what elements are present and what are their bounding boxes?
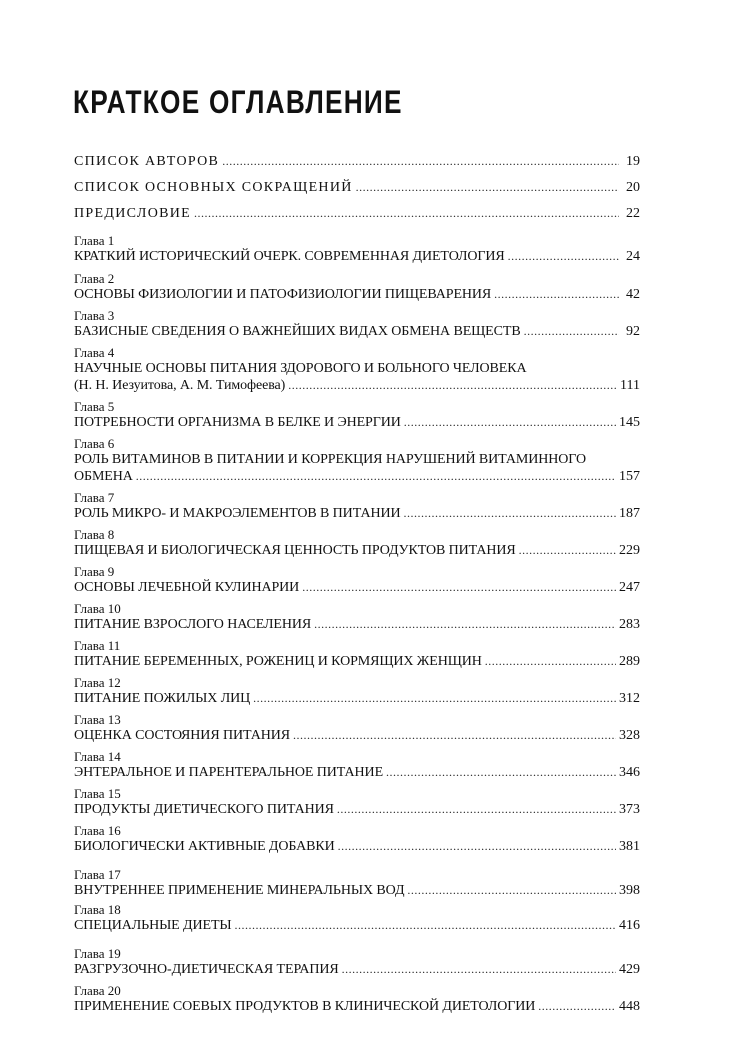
toc-page-number: 328 bbox=[619, 727, 640, 744]
toc-page-number: 187 bbox=[619, 505, 640, 522]
chapter-label: Глава 6 bbox=[74, 437, 640, 451]
toc-chapter-entry[interactable]: Глава 7РОЛЬ МИКРО- И МАКРОЭЛЕМЕНТОВ В ПИ… bbox=[74, 491, 640, 522]
toc-page-number: 24 bbox=[622, 248, 640, 265]
toc-chapter-entry[interactable]: Глава 16БИОЛОГИЧЕСКИ АКТИВНЫЕ ДОБАВКИ381 bbox=[74, 824, 640, 855]
chapter-title: ОЦЕНКА СОСТОЯНИЯ ПИТАНИЯ bbox=[74, 727, 290, 744]
dot-leader bbox=[538, 998, 616, 1015]
toc-page-number: 111 bbox=[620, 377, 640, 394]
toc-page-number: 42 bbox=[622, 286, 640, 303]
chapter-label: Глава 11 bbox=[74, 639, 640, 653]
toc-page-number: 381 bbox=[619, 838, 640, 855]
chapter-title: (Н. Н. Иезуитова, А. М. Тимофеева) bbox=[74, 377, 285, 394]
toc-page-number: 20 bbox=[622, 180, 640, 196]
dot-leader bbox=[485, 653, 616, 670]
chapter-title: БАЗИСНЫЕ СВЕДЕНИЯ О ВАЖНЕЙШИХ ВИДАХ ОБМЕ… bbox=[74, 323, 521, 340]
chapter-label: Глава 13 bbox=[74, 713, 640, 727]
chapter-label: Глава 12 bbox=[74, 676, 640, 690]
toc-chapter-entry[interactable]: Глава 3БАЗИСНЫЕ СВЕДЕНИЯ О ВАЖНЕЙШИХ ВИД… bbox=[74, 309, 640, 340]
toc-chapter-entry[interactable]: Глава 9ОСНОВЫ ЛЕЧЕБНОЙ КУЛИНАРИИ247 bbox=[74, 565, 640, 596]
chapter-label: Глава 1 bbox=[74, 234, 640, 248]
chapter-title: ОБМЕНА bbox=[74, 468, 133, 485]
toc-page-number: 373 bbox=[619, 801, 640, 818]
chapter-label: Глава 10 bbox=[74, 602, 640, 616]
dot-leader bbox=[235, 917, 616, 934]
chapter-title: ОСНОВЫ ЛЕЧЕБНОЙ КУЛИНАРИИ bbox=[74, 579, 299, 596]
page-title: КРАТКОЕ ОГЛАВЛЕНИЕ bbox=[73, 84, 403, 121]
toc-page-number: 247 bbox=[619, 579, 640, 596]
toc-entry-title: ПРЕДИСЛОВИЕ bbox=[74, 206, 191, 222]
dot-leader bbox=[338, 838, 616, 855]
chapter-title-line: НАУЧНЫЕ ОСНОВЫ ПИТАНИЯ ЗДОРОВОГО И БОЛЬН… bbox=[74, 360, 640, 377]
toc-entry-title: СПИСОК АВТОРОВ bbox=[74, 154, 219, 170]
toc-page-number: 289 bbox=[619, 653, 640, 670]
dot-leader bbox=[194, 206, 619, 221]
dot-leader bbox=[136, 468, 616, 485]
dot-leader bbox=[288, 377, 617, 394]
chapter-label: Глава 20 bbox=[74, 984, 640, 998]
chapter-label: Глава 9 bbox=[74, 565, 640, 579]
chapter-title: РАЗГРУЗОЧНО-ДИЕТИЧЕСКАЯ ТЕРАПИЯ bbox=[74, 961, 339, 978]
chapter-title: КРАТКИЙ ИСТОРИЧЕСКИЙ ОЧЕРК. СОВРЕМЕННАЯ … bbox=[74, 248, 505, 265]
chapter-label: Глава 17 bbox=[74, 868, 640, 882]
chapter-title: ПОТРЕБНОСТИ ОРГАНИЗМА В БЕЛКЕ И ЭНЕРГИИ bbox=[74, 414, 401, 431]
toc-page-number: 283 bbox=[619, 616, 640, 633]
toc-chapter-entry[interactable]: Глава 6РОЛЬ ВИТАМИНОВ В ПИТАНИИ И КОРРЕК… bbox=[74, 437, 640, 485]
chapter-title: ПРОДУКТЫ ДИЕТИЧЕСКОГО ПИТАНИЯ bbox=[74, 801, 334, 818]
toc-page-number: 92 bbox=[622, 323, 640, 340]
chapter-title: ПИТАНИЕ ВЗРОСЛОГО НАСЕЛЕНИЯ bbox=[74, 616, 311, 633]
toc-page-number: 19 bbox=[622, 154, 640, 170]
dot-leader bbox=[342, 961, 616, 978]
dot-leader bbox=[302, 579, 616, 596]
dot-leader bbox=[314, 616, 616, 633]
chapter-label: Глава 18 bbox=[74, 903, 640, 917]
chapter-title: СПЕЦИАЛЬНЫЕ ДИЕТЫ bbox=[74, 917, 232, 934]
dot-leader bbox=[519, 542, 616, 559]
toc-chapter-entry[interactable]: Глава 8ПИЩЕВАЯ И БИОЛОГИЧЕСКАЯ ЦЕННОСТЬ … bbox=[74, 528, 640, 559]
toc-entry[interactable]: СПИСОК АВТОРОВ19 bbox=[74, 154, 640, 180]
toc-page-number: 145 bbox=[619, 414, 640, 431]
chapter-title: ВНУТРЕННЕЕ ПРИМЕНЕНИЕ МИНЕРАЛЬНЫХ ВОД bbox=[74, 882, 404, 899]
table-of-contents: СПИСОК АВТОРОВ19СПИСОК ОСНОВНЫХ СОКРАЩЕН… bbox=[74, 154, 640, 1015]
toc-chapter-entry[interactable]: Глава 1КРАТКИЙ ИСТОРИЧЕСКИЙ ОЧЕРК. СОВРЕ… bbox=[74, 234, 640, 265]
toc-page-number: 229 bbox=[619, 542, 640, 559]
toc-chapter-entry[interactable]: Глава 10ПИТАНИЕ ВЗРОСЛОГО НАСЕЛЕНИЯ283 bbox=[74, 602, 640, 633]
toc-chapter-entry[interactable]: Глава 12ПИТАНИЕ ПОЖИЛЫХ ЛИЦ312 bbox=[74, 676, 640, 707]
front-matter-list: СПИСОК АВТОРОВ19СПИСОК ОСНОВНЫХ СОКРАЩЕН… bbox=[74, 154, 640, 232]
dot-leader bbox=[356, 180, 619, 195]
toc-page-number: 346 bbox=[619, 764, 640, 781]
chapter-label: Глава 19 bbox=[74, 947, 640, 961]
chapter-label: Глава 16 bbox=[74, 824, 640, 838]
toc-chapter-entry[interactable]: Глава 15ПРОДУКТЫ ДИЕТИЧЕСКОГО ПИТАНИЯ373 bbox=[74, 787, 640, 818]
toc-entry[interactable]: СПИСОК ОСНОВНЫХ СОКРАЩЕНИЙ20 bbox=[74, 180, 640, 206]
toc-chapter-entry[interactable]: Глава 5ПОТРЕБНОСТИ ОРГАНИЗМА В БЕЛКЕ И Э… bbox=[74, 400, 640, 431]
chapter-title: РОЛЬ МИКРО- И МАКРОЭЛЕМЕНТОВ В ПИТАНИИ bbox=[74, 505, 401, 522]
chapter-title: ПИТАНИЕ БЕРЕМЕННЫХ, РОЖЕНИЦ И КОРМЯЩИХ Ж… bbox=[74, 653, 482, 670]
dot-leader bbox=[407, 882, 616, 899]
toc-entry[interactable]: ПРЕДИСЛОВИЕ22 bbox=[74, 206, 640, 232]
dot-leader bbox=[524, 323, 619, 340]
chapter-title: ПИЩЕВАЯ И БИОЛОГИЧЕСКАЯ ЦЕННОСТЬ ПРОДУКТ… bbox=[74, 542, 516, 559]
toc-chapter-entry[interactable]: Глава 13ОЦЕНКА СОСТОЯНИЯ ПИТАНИЯ328 bbox=[74, 713, 640, 744]
toc-chapter-entry[interactable]: Глава 17ВНУТРЕННЕЕ ПРИМЕНЕНИЕ МИНЕРАЛЬНЫ… bbox=[74, 868, 640, 899]
toc-chapter-entry[interactable]: Глава 18СПЕЦИАЛЬНЫЕ ДИЕТЫ416 bbox=[74, 903, 640, 934]
chapter-label: Глава 7 bbox=[74, 491, 640, 505]
toc-page-number: 429 bbox=[619, 961, 640, 978]
chapter-title: ПРИМЕНЕНИЕ СОЕВЫХ ПРОДУКТОВ В КЛИНИЧЕСКО… bbox=[74, 998, 535, 1015]
toc-entry-title: СПИСОК ОСНОВНЫХ СОКРАЩЕНИЙ bbox=[74, 180, 353, 196]
dot-leader bbox=[222, 154, 619, 169]
dot-leader bbox=[494, 286, 619, 303]
chapter-list: Глава 1КРАТКИЙ ИСТОРИЧЕСКИЙ ОЧЕРК. СОВРЕ… bbox=[74, 234, 640, 1015]
toc-chapter-entry[interactable]: Глава 4НАУЧНЫЕ ОСНОВЫ ПИТАНИЯ ЗДОРОВОГО … bbox=[74, 346, 640, 394]
chapter-label: Глава 15 bbox=[74, 787, 640, 801]
toc-chapter-entry[interactable]: Глава 20ПРИМЕНЕНИЕ СОЕВЫХ ПРОДУКТОВ В КЛ… bbox=[74, 984, 640, 1015]
dot-leader bbox=[253, 690, 616, 707]
chapter-label: Глава 4 bbox=[74, 346, 640, 360]
chapter-label: Глава 2 bbox=[74, 272, 640, 286]
toc-chapter-entry[interactable]: Глава 19РАЗГРУЗОЧНО-ДИЕТИЧЕСКАЯ ТЕРАПИЯ4… bbox=[74, 947, 640, 978]
chapter-title: ЭНТЕРАЛЬНОЕ И ПАРЕНТЕРАЛЬНОЕ ПИТАНИЕ bbox=[74, 764, 383, 781]
toc-page-number: 398 bbox=[619, 882, 640, 899]
chapter-title: БИОЛОГИЧЕСКИ АКТИВНЫЕ ДОБАВКИ bbox=[74, 838, 335, 855]
toc-page-number: 416 bbox=[619, 917, 640, 934]
chapter-label: Глава 5 bbox=[74, 400, 640, 414]
chapter-label: Глава 8 bbox=[74, 528, 640, 542]
chapter-title: ПИТАНИЕ ПОЖИЛЫХ ЛИЦ bbox=[74, 690, 250, 707]
toc-chapter-entry[interactable]: Глава 11ПИТАНИЕ БЕРЕМЕННЫХ, РОЖЕНИЦ И КО… bbox=[74, 639, 640, 670]
dot-leader bbox=[337, 801, 616, 818]
dot-leader bbox=[293, 727, 616, 744]
toc-page-number: 157 bbox=[619, 468, 640, 485]
dot-leader bbox=[404, 505, 617, 522]
toc-chapter-entry[interactable]: Глава 14ЭНТЕРАЛЬНОЕ И ПАРЕНТЕРАЛЬНОЕ ПИТ… bbox=[74, 750, 640, 781]
chapter-title-line: РОЛЬ ВИТАМИНОВ В ПИТАНИИ И КОРРЕКЦИЯ НАР… bbox=[74, 451, 640, 468]
chapter-title: ОСНОВЫ ФИЗИОЛОГИИ И ПАТОФИЗИОЛОГИИ ПИЩЕВ… bbox=[74, 286, 491, 303]
toc-page-number: 448 bbox=[619, 998, 640, 1015]
dot-leader bbox=[404, 414, 616, 431]
toc-page-number: 312 bbox=[619, 690, 640, 707]
chapter-label: Глава 14 bbox=[74, 750, 640, 764]
toc-chapter-entry[interactable]: Глава 2ОСНОВЫ ФИЗИОЛОГИИ И ПАТОФИЗИОЛОГИ… bbox=[74, 272, 640, 303]
chapter-label: Глава 3 bbox=[74, 309, 640, 323]
dot-leader bbox=[508, 248, 619, 265]
toc-page-number: 22 bbox=[622, 206, 640, 222]
dot-leader bbox=[386, 764, 616, 781]
